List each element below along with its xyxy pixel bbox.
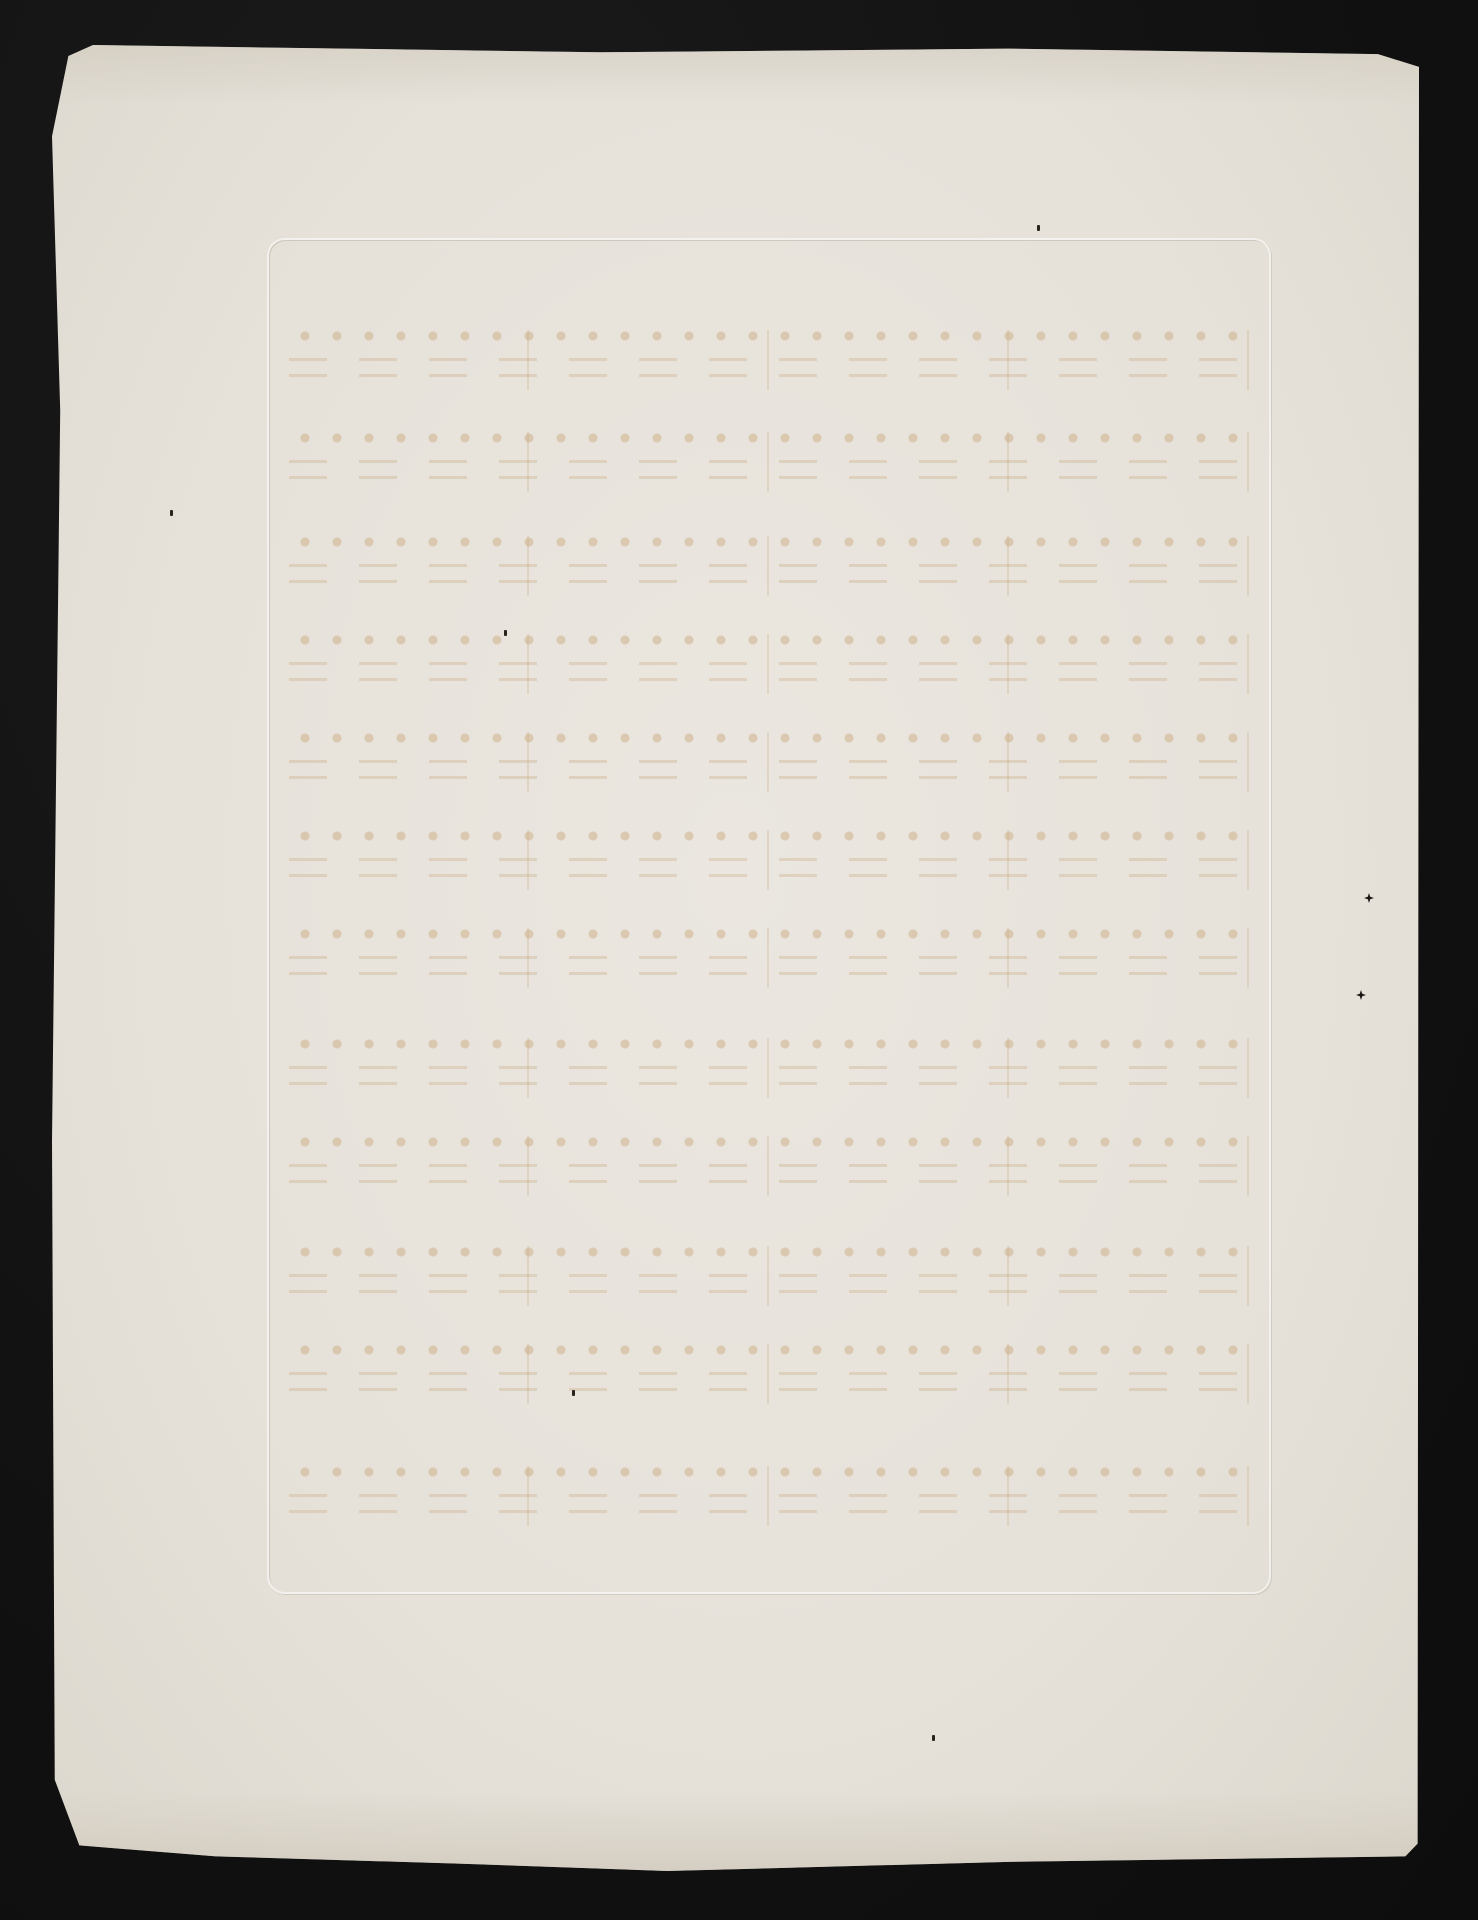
staff-system — [289, 830, 1249, 890]
paper-speck — [572, 1390, 575, 1396]
paper-speck — [170, 510, 173, 516]
staff-system — [289, 432, 1249, 492]
staff-system — [289, 732, 1249, 792]
paper-speck — [504, 630, 507, 636]
staff-system — [289, 1136, 1249, 1196]
staff-system — [289, 1466, 1249, 1526]
plate-mark — [267, 238, 1271, 1594]
paper-speck — [932, 1735, 935, 1741]
paper-sheet — [52, 45, 1419, 1871]
staff-system — [289, 1344, 1249, 1404]
staff-system — [289, 928, 1249, 988]
staff-system — [289, 1038, 1249, 1098]
binding-hole — [1356, 990, 1366, 1000]
staff-system — [289, 536, 1249, 596]
paper-speck — [1037, 225, 1040, 231]
staff-system — [289, 330, 1249, 390]
staff-system — [289, 1246, 1249, 1306]
binding-hole — [1364, 893, 1374, 903]
staff-system — [289, 634, 1249, 694]
